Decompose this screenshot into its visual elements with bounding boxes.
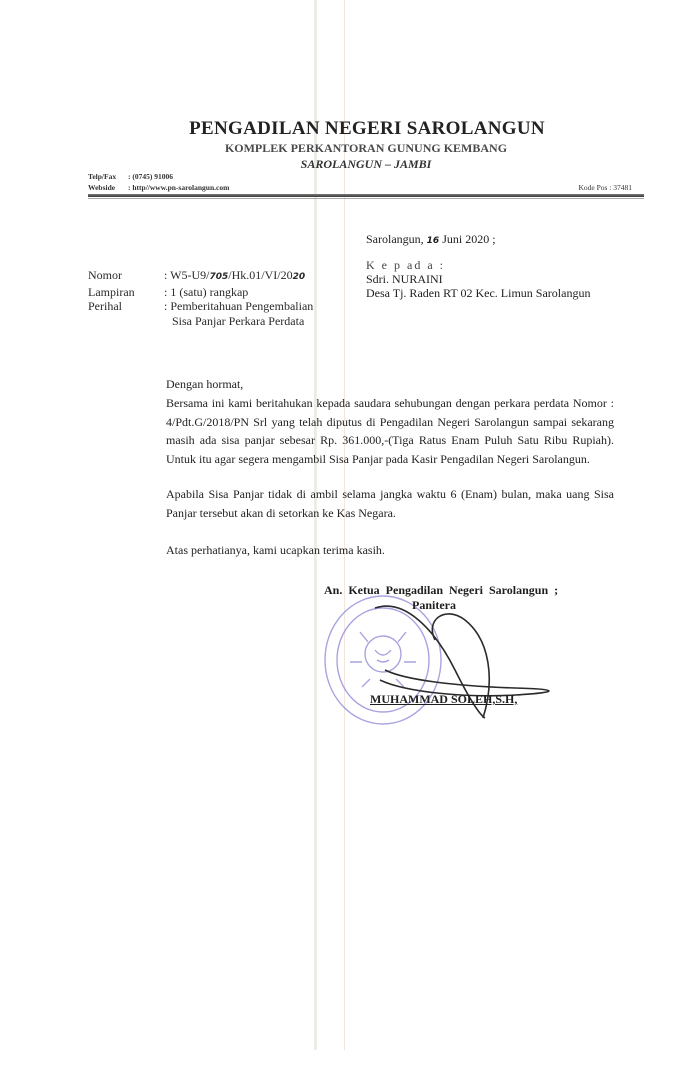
nomor-value: : W5-U9/705/Hk.01/VI/2020 — [164, 268, 313, 285]
nomor-label: Nomor — [88, 268, 164, 285]
website-label: Webside — [88, 182, 128, 193]
postal-code: Kode Pos : 37481 — [578, 183, 632, 192]
signatory-on-behalf: An. Ketua Pengadilan Negeri Sarolangun ; — [324, 583, 558, 598]
letterhead-divider-thin — [88, 198, 644, 199]
letter-meta: Nomor : W5-U9/705/Hk.01/VI/2020 Lampiran… — [88, 268, 313, 328]
signatory-title: Panitera — [412, 598, 456, 613]
lampiran-value: : 1 (satu) rangkap — [164, 285, 313, 300]
letterhead-divider — [88, 194, 644, 197]
paragraph-2: Apabila Sisa Panjar tidak di ambil selam… — [166, 485, 614, 523]
recipient-address: Desa Tj. Raden RT 02 Kec. Limun Sarolang… — [366, 286, 590, 300]
lampiran-label: Lampiran — [88, 285, 164, 300]
phone-label: Telp/Fax — [88, 171, 128, 182]
perihal-value: : Pemberitahuan Pengembalian Sisa Panjar… — [164, 299, 313, 328]
perihal-label: Perihal — [88, 299, 164, 328]
date-day-handwritten: 16 — [427, 236, 440, 246]
recipient-block: K e p ad a : Sdri. NURAINI Desa Tj. Rade… — [366, 258, 590, 300]
letter-date: Sarolangun, 16 Juni 2020 ; — [366, 232, 496, 247]
website: : http//www.pn-sarolangun.com — [128, 183, 229, 192]
letter-body: Dengan hormat, Bersama ini kami beritahu… — [166, 375, 614, 559]
date-month-year: Juni 2020 ; — [442, 232, 495, 246]
closing: Atas perhatianya, kami ucapkan terima ka… — [166, 541, 614, 560]
institution-city: SAROLANGUN – JAMBI — [88, 157, 644, 172]
institution-name: PENGADILAN NEGERI SAROLANGUN — [90, 118, 644, 140]
paragraph-1: Bersama ini kami beritahukan kepada saud… — [166, 394, 614, 469]
date-place: Sarolangun, — [366, 232, 424, 246]
greeting: Dengan hormat, — [166, 375, 614, 394]
letterhead: PENGADILAN NEGERI SAROLANGUN KOMPLEK PER… — [88, 118, 644, 172]
institution-address: KOMPLEK PERKANTORAN GUNUNG KEMBANG — [88, 141, 644, 156]
signatory-name: MUHAMMAD SOLEH,S.H, — [370, 692, 517, 707]
recipient-name: Sdri. NURAINI — [366, 272, 590, 286]
contact-info: Telp/Fax: (0745) 91006 Webside: http//ww… — [88, 171, 229, 193]
recipient-salutation: K e p ad a : — [366, 258, 590, 272]
phone-number: : (0745) 91006 — [128, 172, 173, 181]
